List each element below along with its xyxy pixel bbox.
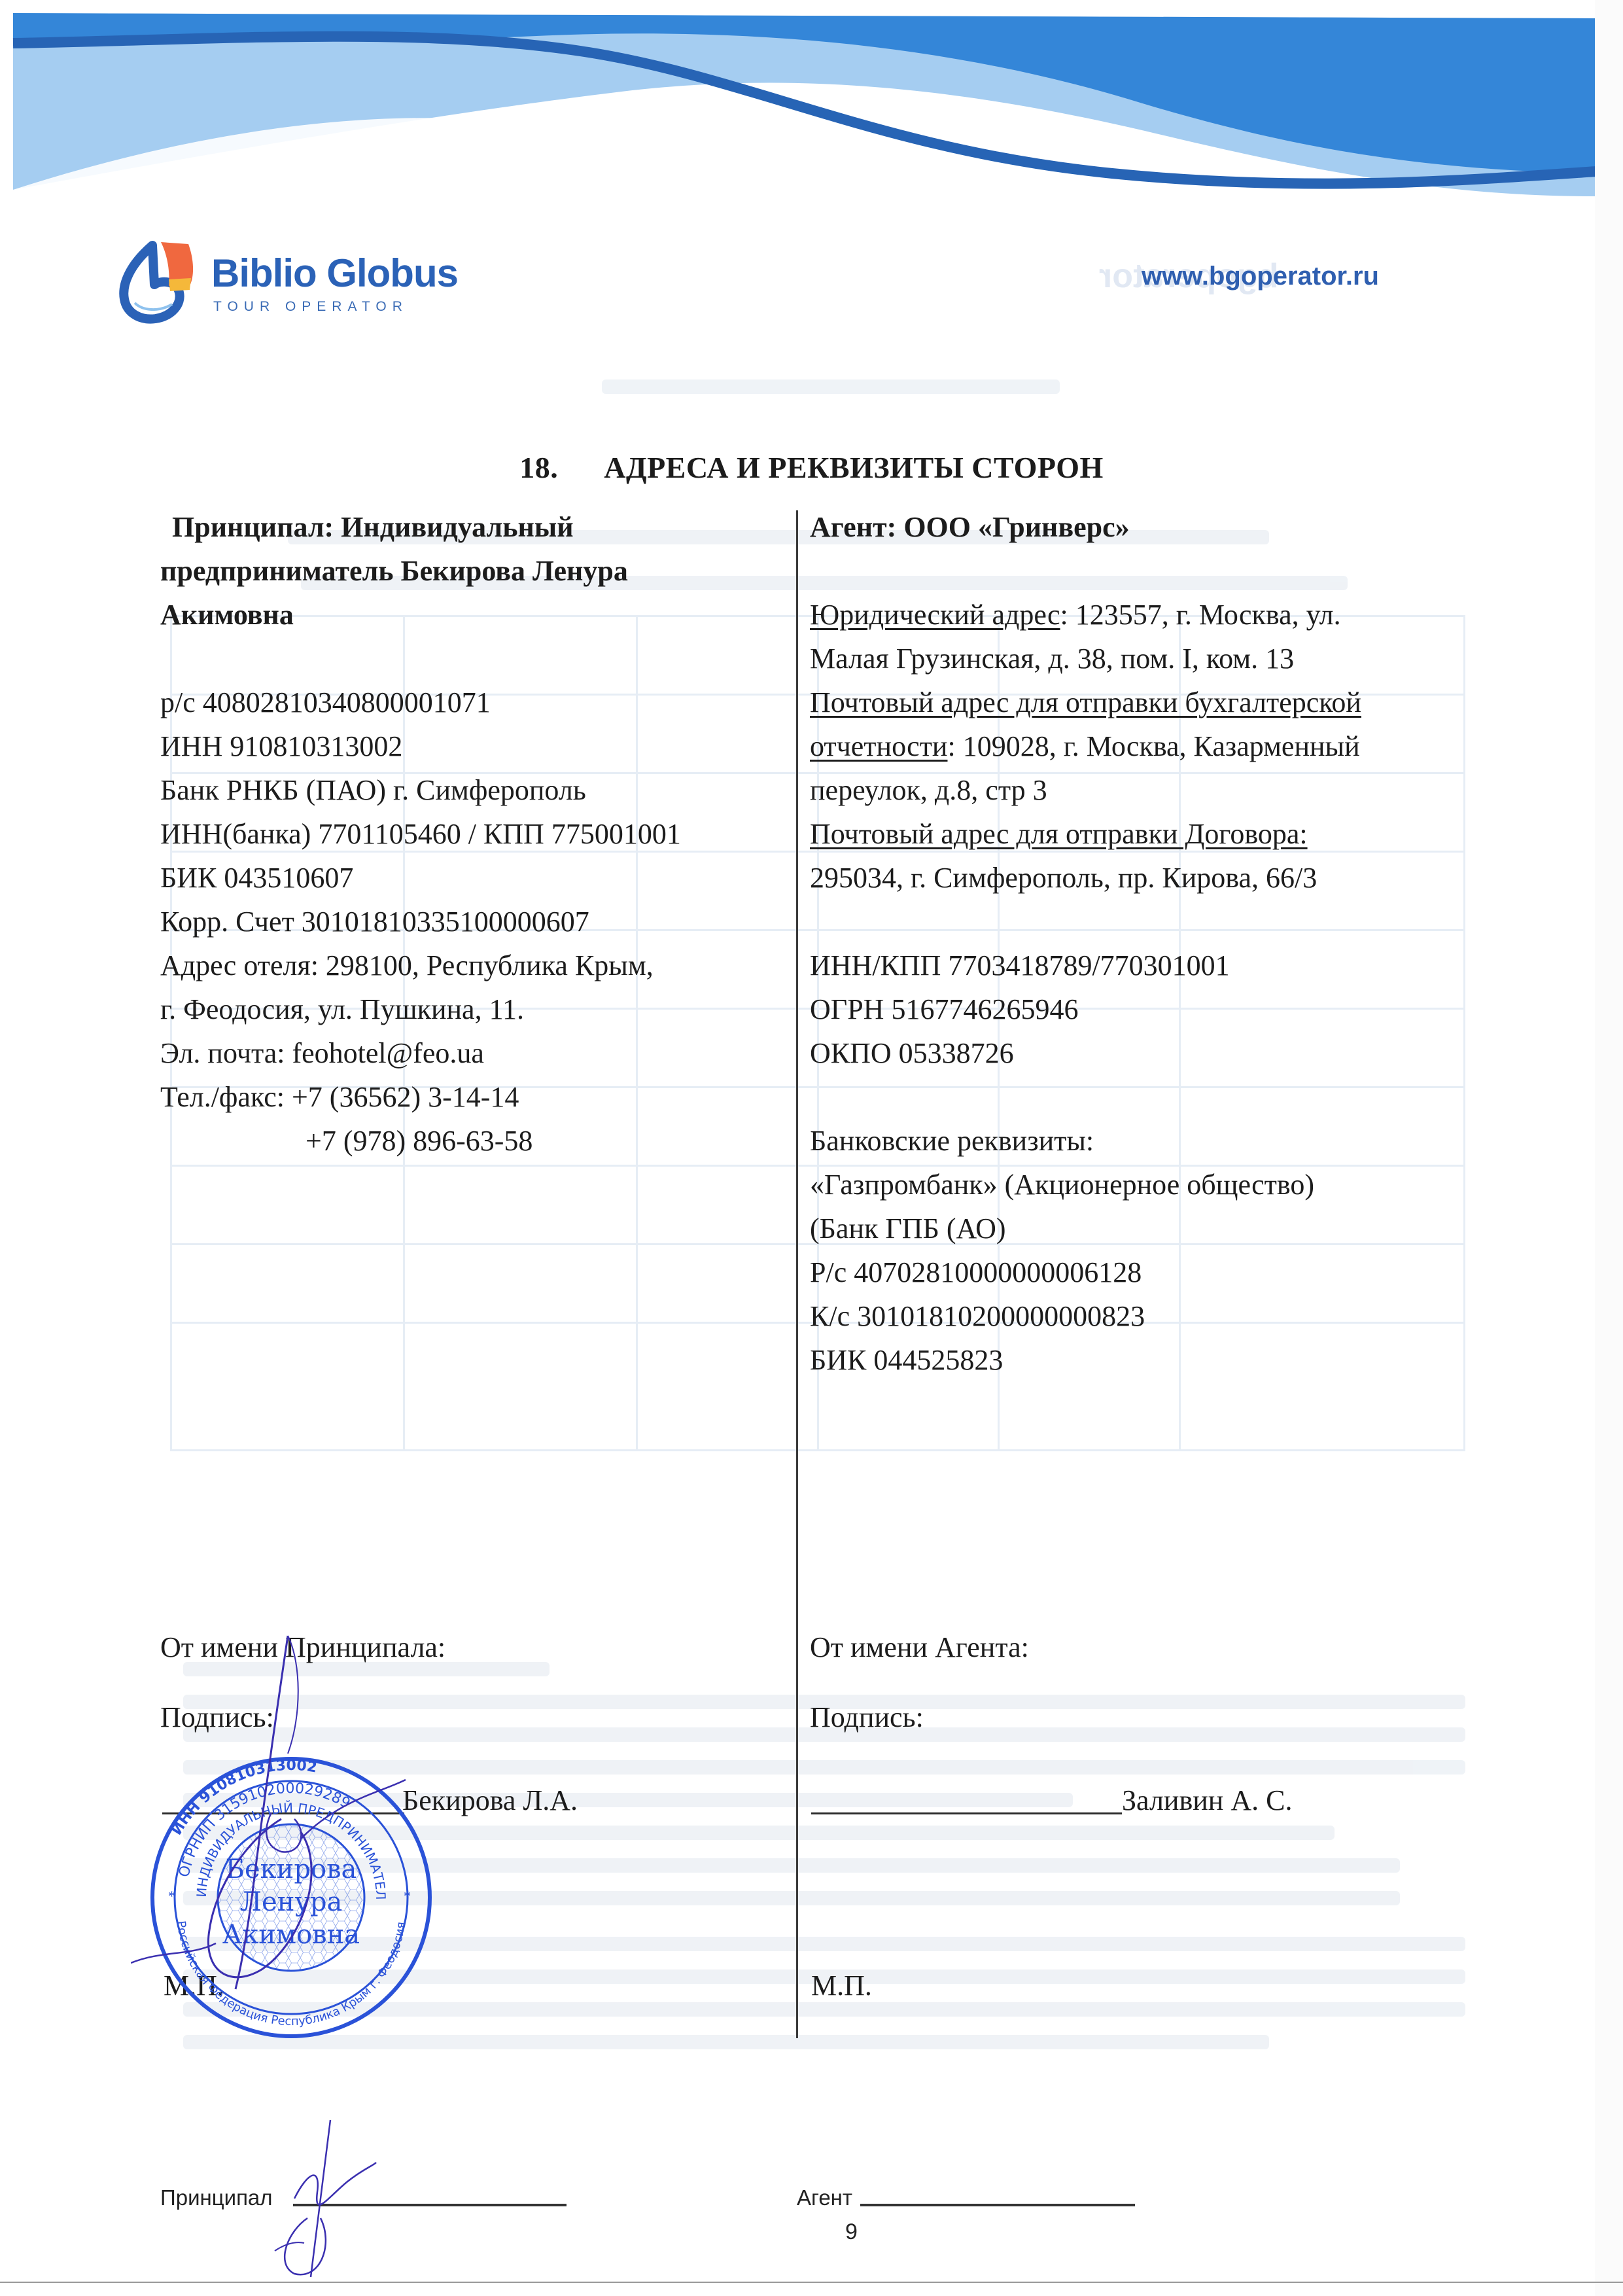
principal-hotel-address-cont: г. Феодосия, ул. Пушкина, 11.	[160, 987, 775, 1031]
brand-tagline: TOUR OPERATOR	[213, 299, 408, 315]
brand-name: Biblio Globus	[211, 251, 458, 296]
agent-on-behalf: От имени Агента:	[810, 1628, 1029, 1667]
principal-heading-line: Акимовна	[160, 593, 775, 637]
scan-bottom-edge	[0, 2282, 1623, 2283]
agent-ogrn: ОГРН 5167746265946	[810, 987, 1471, 1031]
svg-text:*: *	[168, 1888, 175, 1904]
legal-address-value: : 123557, г. Москва, ул.	[1060, 599, 1341, 631]
section-number: 18.	[519, 451, 558, 484]
brand-logo: Biblio Globus TOUR OPERATOR	[116, 239, 496, 324]
agent-column: Агент: ООО «Гринверс» Юридический адрес:…	[810, 505, 1471, 1382]
agent-legal-address-cont: Малая Грузинская, д. 38, пом. I, ком. 13	[810, 637, 1471, 680]
principal-signature-label: Подпись:	[160, 1698, 274, 1737]
agent-bank-heading: Банковские реквизиты:	[810, 1119, 1471, 1163]
principal-bank: Банк РНКБ (ПАО) г. Симферополь	[160, 768, 775, 812]
header-wave-banner	[0, 0, 1623, 216]
agent-legal-address: Юридический адрес: 123557, г. Москва, ул…	[810, 593, 1471, 637]
stamp-center-line: Акимовна	[222, 1920, 360, 1950]
biblio-globus-logo-icon	[116, 239, 205, 324]
legal-address-label: Юридический адрес	[810, 599, 1060, 631]
stamp-center-line: Ленура	[240, 1887, 343, 1917]
website-link[interactable]: www.bgoperator.ru	[1142, 262, 1379, 291]
principal-bik: БИК 043510607	[160, 856, 775, 900]
accounting-address-value: : 109028, г. Москва, Казарменный	[947, 730, 1359, 762]
agent-signature-line	[811, 1812, 1122, 1814]
principal-bank-inn-kpp: ИНН(банка) 7701105460 / КПП 775001001	[160, 812, 775, 856]
svg-text:*: *	[404, 1888, 411, 1904]
principal-account: р/с 40802810340800001071	[160, 680, 775, 724]
section-heading: АДРЕСА И РЕКВИЗИТЫ СТОРОН	[604, 451, 1104, 484]
principal-inn: ИНН 910810313002	[160, 724, 775, 768]
section-title: 18.АДРЕСА И РЕКВИЗИТЫ СТОРОН	[0, 450, 1623, 485]
agent-contract-address: 295034, г. Симферополь, пр. Кирова, 66/3	[810, 856, 1471, 900]
accounting-address-label: Почтовый адрес для отправки бухгалтерско…	[810, 680, 1471, 724]
agent-accounting-address: отчетности: 109028, г. Москва, Казарменн…	[810, 724, 1471, 768]
column-divider	[796, 510, 798, 2038]
agent-accounting-address-cont: переулок, д.8, стр 3	[810, 768, 1471, 812]
agent-bank-name: «Газпромбанк» (Акционерное общество)	[810, 1163, 1471, 1207]
principal-heading-line: Принципал: Индивидуальный	[160, 505, 775, 549]
principal-on-behalf: От имени Принципала:	[160, 1628, 445, 1667]
agent-seal-label: М.П.	[811, 1966, 872, 2005]
footer-agent-label: Агент	[797, 2185, 852, 2210]
principal-phone-fax: Тел./факс: +7 (36562) 3-14-14	[160, 1075, 775, 1119]
principal-heading-line: предприниматель Бекирова Ленура	[160, 549, 775, 593]
principal-mobile-phone: +7 (978) 896-63-58	[160, 1119, 775, 1163]
agent-corr-account: К/с 30101810200000000823	[810, 1294, 1471, 1338]
agent-heading: Агент: ООО «Гринверс»	[810, 505, 1471, 549]
agent-signature-label: Подпись:	[810, 1698, 924, 1737]
company-seal-stamp: ИНН 910810313002 ОГРНИП 315910200029289 …	[147, 1754, 435, 2041]
stamp-center-line: Бекирова	[226, 1854, 357, 1884]
contract-address-label: Почтовый адрес для отправки Договора:	[810, 812, 1471, 856]
footer-principal-sign-line	[293, 2204, 567, 2206]
page-number: 9	[845, 2219, 858, 2245]
principal-email[interactable]: Эл. почта: feohotel@feo.ua	[160, 1031, 775, 1075]
agent-inn-kpp: ИНН/КПП 7703418789/770301001	[810, 944, 1471, 987]
agent-account: Р/с 40702810000000006128	[810, 1250, 1471, 1294]
scan-margin	[1595, 0, 1623, 2296]
agent-okpo: ОКПО 05338726	[810, 1031, 1471, 1075]
footer-agent-sign-line	[860, 2204, 1135, 2206]
agent-bik: БИК 044525823	[810, 1338, 1471, 1382]
principal-column: Принципал: Индивидуальный предпринимател…	[160, 505, 775, 1163]
agent-bank-short-name: (Банк ГПБ (АО)	[810, 1207, 1471, 1250]
footer-principal-label: Принципал	[160, 2185, 273, 2210]
principal-hotel-address: Адрес отеля: 298100, Республика Крым,	[160, 944, 775, 987]
footer-principal-initials-signature	[249, 2120, 419, 2284]
agent-signer-name: Заливин А. С.	[1122, 1781, 1292, 1820]
principal-corr-account: Корр. Счет 30101810335100000607	[160, 900, 775, 944]
accounting-address-label-cont: отчетности	[810, 730, 947, 762]
